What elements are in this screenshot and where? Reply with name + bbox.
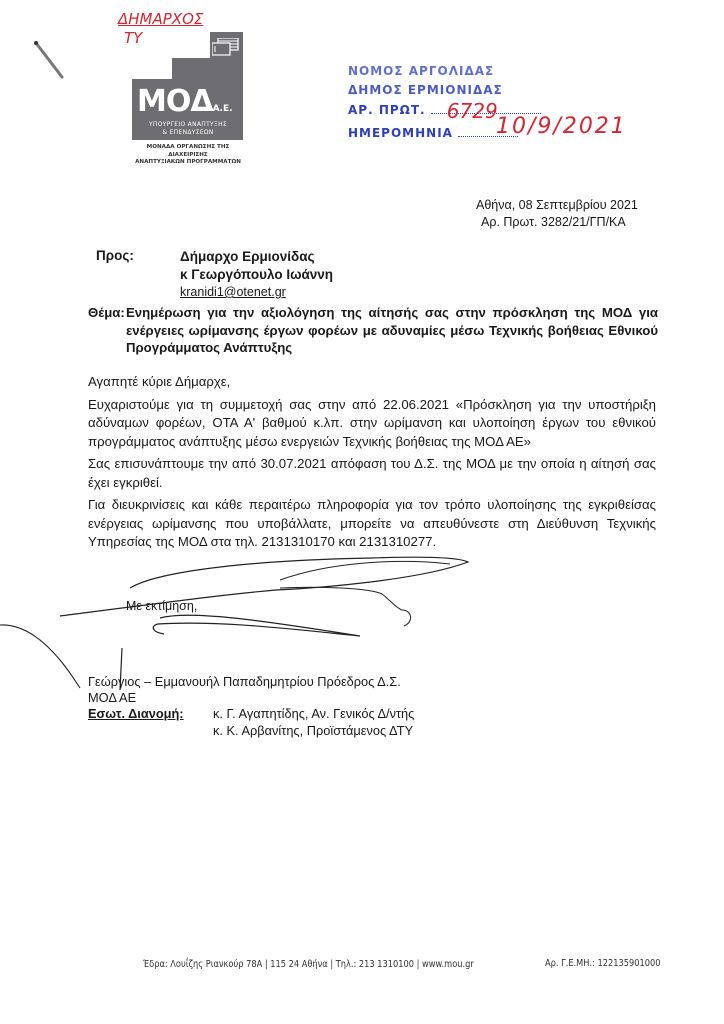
recipient-email-link[interactable]: kranidi1@otenet.gr	[180, 285, 286, 299]
closing: Με εκτίμηση,	[126, 599, 197, 613]
signatory-org: ΜΟΔ ΑΕ	[88, 690, 401, 706]
handwritten-note-line1: ΔΗΜΑΡΧΟΣ	[118, 10, 203, 29]
stamp-date-value: 10/9/2021	[496, 114, 627, 139]
place-date: Αθήνα, 08 Σεπτεμβρίου 2021	[476, 197, 638, 214]
handwritten-signature	[0, 550, 520, 690]
footer-address: Έδρα: Λουΐζης Ριανκούρ 78Α | 115 24 Αθήν…	[143, 959, 474, 970]
stamp-prefecture: ΝΟΜΟΣ ΑΡΓΟΛΙΔΑΣ	[348, 64, 494, 78]
incoming-stamp: ΝΟΜΟΣ ΑΡΓΟΛΙΔΑΣ ΔΗΜΟΣ ΕΡΜΙΟΝΙΔΑΣ ΑΡ. ΠΡΩ…	[348, 62, 648, 152]
subject-text: Ενημέρωση για την αξιολόγηση της αίτησής…	[126, 304, 658, 357]
staple-mark	[30, 38, 70, 84]
salutation: Αγαπητέ κύριε Δήμαρχε,	[88, 373, 656, 392]
footer-registry: Αρ. Γ.Ε.ΜΗ.: 122135901000	[545, 958, 661, 969]
signature-block: Γεώργιος – Εμμανουήλ Παπαδημητρίου Πρόεδ…	[88, 674, 401, 706]
body-paragraph: Σας επισυνάπτουμε την από 30.07.2021 από…	[88, 455, 656, 492]
logo-ministry: ΥΠΟΥΡΓΕΙΟ ΑΝΑΠΤΥΞΗΣ & ΕΠΕΝΔΥΣΕΩΝ	[132, 121, 244, 137]
distribution-label: Εσωτ. Διανομή:	[88, 706, 184, 721]
logo-main-text: ΜΟΔΑ.Ε.	[137, 84, 233, 119]
distribution-item: κ. Κ. Αρβανίτης, Προϊστάμενος ΔΤΥ	[213, 723, 414, 740]
recipient-line1: Δήμαρχο Ερμιονίδας	[180, 248, 333, 266]
distribution-item: κ. Γ. Αγαπητίδης, Αν. Γενικός Δ/ντής	[213, 706, 414, 723]
recipient-label: Προς:	[96, 248, 134, 263]
recipient-block: Δήμαρχο Ερμιονίδας κ Γεωργόπουλο Ιωάννη …	[180, 248, 333, 302]
mod-logo: ΜΟΔΑ.Ε. ΥΠΟΥΡΓΕΙΟ ΑΝΑΠΤΥΞΗΣ & ΕΠΕΝΔΥΣΕΩΝ…	[132, 32, 244, 162]
recipient-line2: κ Γεωργόπουλο Ιωάννη	[180, 266, 333, 284]
distribution-list: κ. Γ. Αγαπητίδης, Αν. Γενικός Δ/ντής κ. …	[213, 706, 414, 739]
letter-body: Αγαπητέ κύριε Δήμαρχε, Ευχαριστούμε για …	[88, 373, 656, 552]
body-paragraph: Για διευκρινίσεις και κάθε περαιτέρω πλη…	[88, 496, 656, 552]
signatory-name: Γεώργιος – Εμμανουήλ Παπαδημητρίου Πρόεδ…	[88, 674, 401, 690]
body-paragraph: Ευχαριστούμε για τη συμμετοχή σας στην α…	[88, 396, 656, 452]
stamp-municipality: ΔΗΜΟΣ ΕΡΜΙΟΝΙΔΑΣ	[348, 83, 503, 97]
ref-number: Αρ. Πρωτ. 3282/21/ΓΠ/ΚΑ	[476, 214, 638, 231]
stamp-date: ΗΜΕΡΟΜΗΝΙΑ 10/9/2021	[348, 126, 518, 140]
subject: Θέμα: Ενημέρωση για την αξιολόγηση της α…	[88, 304, 658, 357]
subject-label: Θέμα:	[88, 304, 126, 357]
logo-subtitle: ΜΟΝΑΔΑ ΟΡΓΑΝΩΣΗΣ ΤΗΣ ΔΙΑΧΕΙΡΙΣΗΣ ΑΝΑΠΤΥΞ…	[126, 144, 250, 167]
letter-header: Αθήνα, 08 Σεπτεμβρίου 2021 Αρ. Πρωτ. 328…	[476, 197, 638, 231]
stamp-protocol-value: 6729	[447, 99, 498, 123]
greek-flag-icon	[212, 38, 240, 56]
